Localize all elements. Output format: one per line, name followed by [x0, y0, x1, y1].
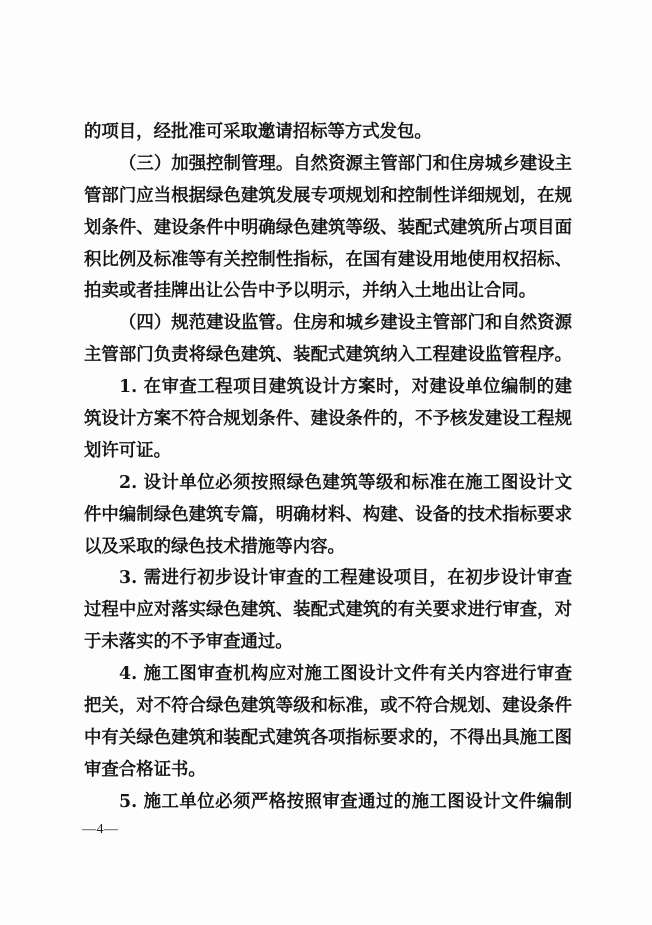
text-line: 拍卖或者挂牌出让公告中予以明示，并纳入土地出让合同。	[84, 276, 572, 308]
text-line: 积比例及标准等有关控制性指标，在国有建设用地使用权招标、	[84, 245, 572, 277]
body-text: 的项目，经批准可采取邀请招标等方式发包。 （三）加强控制管理。自然资源主管部门和…	[84, 117, 572, 819]
text-line: 筑设计方案不符合规划条件、建设条件的，不予核发建设工程规	[84, 404, 572, 436]
text-line: 划许可证。	[84, 436, 572, 468]
section-heading-line: （三）加强控制管理。自然资源主管部门和住房城乡建设主	[84, 149, 572, 181]
text-line: 把关，对不符合绿色建筑等级和标准，或不符合规划、建设条件	[84, 691, 572, 723]
page-number: —4—	[82, 822, 119, 838]
text-line: 审查合格证书。	[84, 755, 572, 787]
text-line: 主管部门负责将绿色建筑、装配式建筑纳入工程建设监管程序。	[84, 340, 572, 372]
text-line: 过程中应对落实绿色建筑、装配式建筑的有关要求进行审查，对	[84, 595, 572, 627]
text-line: 于未落实的不予审查通过。	[84, 627, 572, 659]
text-line: 管部门应当根据绿色建筑发展专项规划和控制性详细规划，在规	[84, 181, 572, 213]
text-line: 的项目，经批准可采取邀请招标等方式发包。	[84, 117, 572, 149]
numbered-item-line: 5. 施工单位必须严格按照审查通过的施工图设计文件编制	[84, 787, 572, 819]
numbered-item-line: 4. 施工图审查机构应对施工图设计文件有关内容进行审查	[84, 659, 572, 691]
numbered-item-line: 1. 在审查工程项目建筑设计方案时，对建设单位编制的建	[84, 372, 572, 404]
numbered-item-line: 2. 设计单位必须按照绿色建筑等级和标准在施工图设计文	[84, 468, 572, 500]
text-line: 中有关绿色建筑和装配式建筑各项指标要求的，不得出具施工图	[84, 723, 572, 755]
document-page: 的项目，经批准可采取邀请招标等方式发包。 （三）加强控制管理。自然资源主管部门和…	[0, 0, 652, 925]
text-line: 划条件、建设条件中明确绿色建筑等级、装配式建筑所占项目面	[84, 213, 572, 245]
numbered-item-line: 3. 需进行初步设计审查的工程建设项目，在初步设计审查	[84, 563, 572, 595]
text-line: 件中编制绿色建筑专篇，明确材料、构建、设备的技术指标要求	[84, 500, 572, 532]
text-line: 以及采取的绿色技术措施等内容。	[84, 532, 572, 564]
section-heading-line: （四）规范建设监管。住房和城乡建设主管部门和自然资源	[84, 308, 572, 340]
